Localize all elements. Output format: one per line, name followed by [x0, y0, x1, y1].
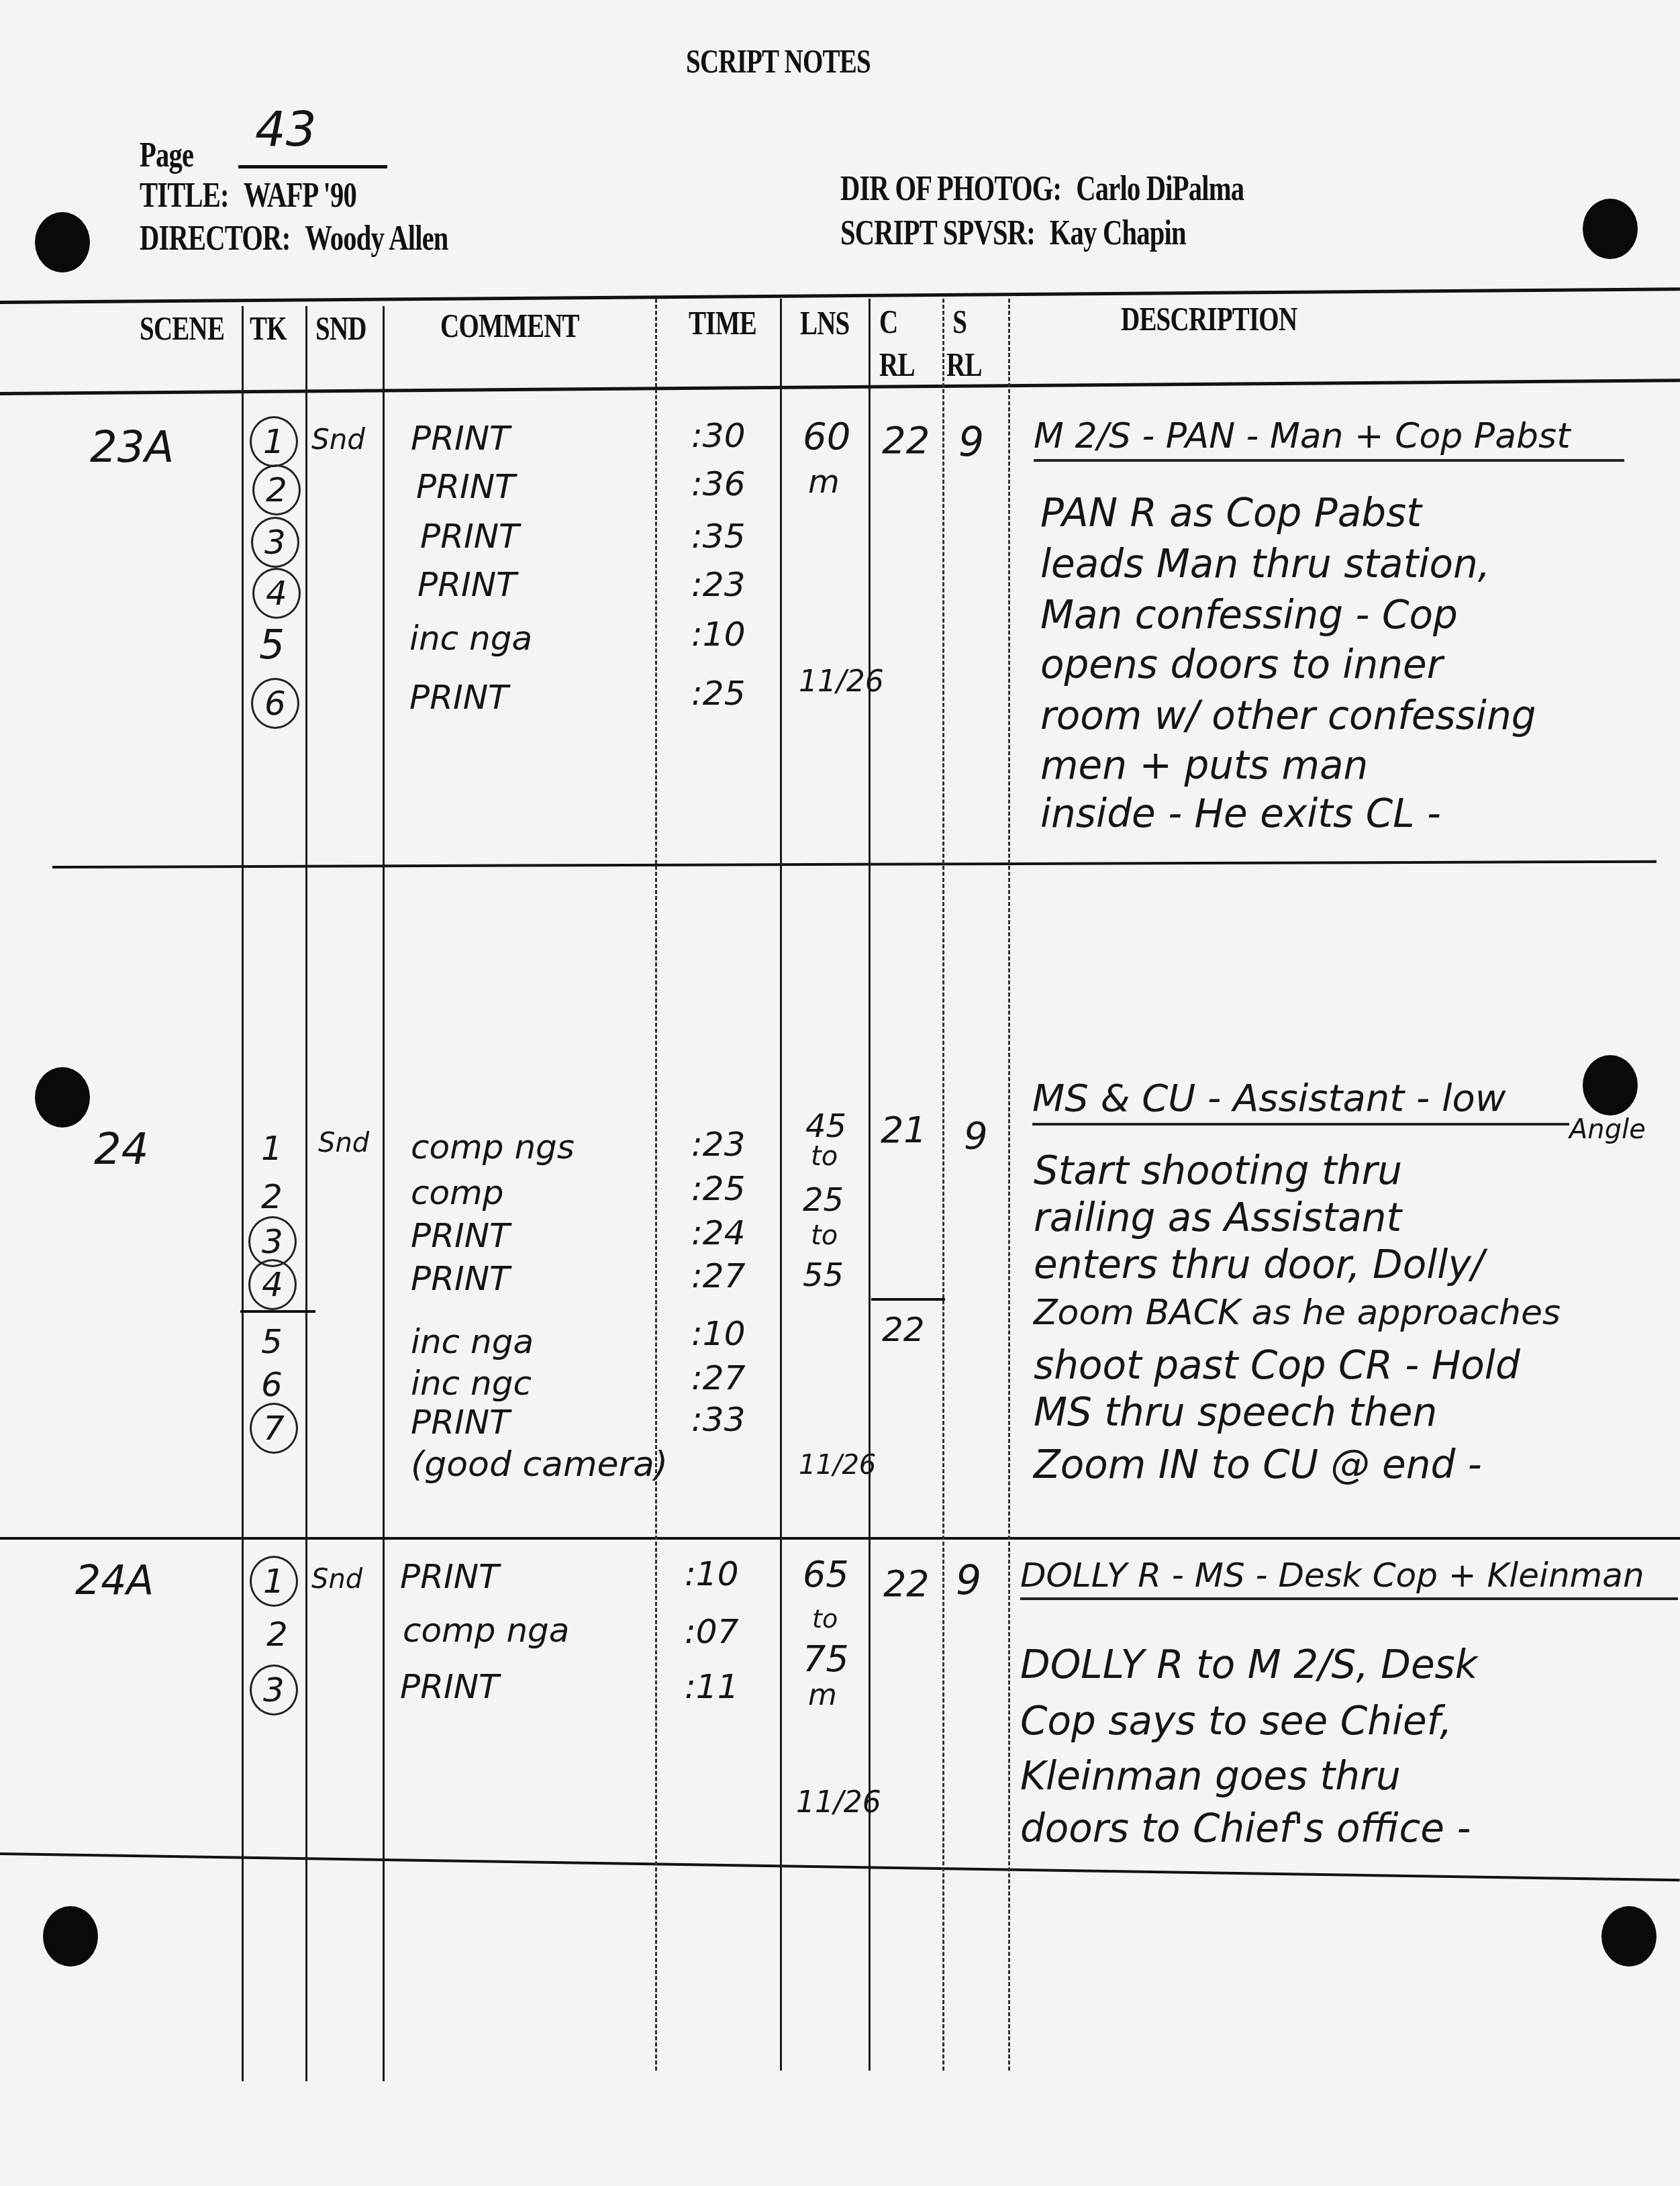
- take-number: 1: [250, 1125, 294, 1172]
- snd-value: Snd: [311, 423, 365, 456]
- take-comment: PRINT: [416, 467, 515, 506]
- take-comment: PRINT: [420, 517, 520, 556]
- take-comment: comp ngs: [411, 1128, 575, 1166]
- description-line: room w/ other confessing: [1040, 693, 1536, 738]
- take-comment: PRINT: [411, 1259, 510, 1298]
- description-line: DOLLY R to M 2/S, Desk: [1020, 1642, 1477, 1687]
- column-header-c-rl: C RL: [879, 302, 915, 384]
- lns-value: 55: [803, 1256, 844, 1294]
- take-time: :23: [691, 1125, 745, 1164]
- director-value: Woody Allen: [305, 219, 448, 258]
- column-header-c-rl-sub: RL: [879, 345, 915, 384]
- s-rl-value: 9: [964, 1114, 988, 1158]
- lns-value: 45: [805, 1107, 846, 1145]
- take-comment: PRINT: [411, 1216, 510, 1255]
- lns-value: 11/26: [799, 1450, 876, 1481]
- header-bottom-rule: [0, 379, 1680, 395]
- lns-value: to: [811, 1220, 838, 1251]
- description-line: doors to Chief's office -: [1020, 1805, 1471, 1851]
- take-number: 2: [252, 464, 301, 515]
- supervisor-field: SCRIPT SPVSR: Kay Chapin: [840, 213, 1186, 253]
- director-label: DIRECTOR:: [140, 219, 290, 258]
- take-comment: PRINT: [411, 1403, 510, 1442]
- dop-label: DIR OF PHOTOG:: [840, 170, 1061, 208]
- lns-value: to: [812, 1604, 838, 1634]
- punch-hole-bottom-right: [1601, 1906, 1657, 1967]
- take-time: :10: [691, 1314, 745, 1353]
- dop-field: DIR OF PHOTOG: Carlo DiPalma: [840, 169, 1244, 209]
- description-line: railing as Assistant: [1034, 1195, 1401, 1240]
- description-heading-overflow: Angle: [1569, 1114, 1646, 1145]
- take-number: 5: [250, 622, 294, 668]
- take-time: :35: [691, 517, 745, 556]
- take-number: 7: [250, 1403, 298, 1454]
- take-time: :07: [685, 1612, 738, 1651]
- take-time: :33: [691, 1400, 745, 1439]
- description-line: inside - He exits CL -: [1040, 791, 1441, 836]
- c-rl-value: 21: [881, 1109, 927, 1151]
- punch-hole-top-left: [35, 212, 90, 272]
- scene-24-bottom-rule: [0, 1537, 1680, 1540]
- form-title: SCRIPT NOTES: [686, 42, 871, 81]
- lns-value: m: [808, 1678, 837, 1712]
- take-number: 2: [250, 1173, 294, 1220]
- title-label: TITLE:: [140, 177, 229, 215]
- take-number: 6: [250, 1361, 294, 1408]
- lns-value: 65: [803, 1553, 849, 1595]
- punch-hole-mid-right: [1583, 1055, 1638, 1115]
- column-header-s-rl: S RL: [946, 302, 982, 384]
- takes-divider-mark: [240, 1310, 315, 1313]
- page-number-underline: [238, 165, 387, 168]
- scene-24a-bottom-rule: [0, 1852, 1680, 1881]
- lns-value: 60: [803, 415, 850, 458]
- supervisor-value: Kay Chapin: [1050, 214, 1186, 252]
- take-time: :36: [691, 464, 745, 503]
- lns-value: 11/26: [796, 1785, 881, 1820]
- take-comment: inc nga: [409, 619, 532, 658]
- lns-value: 25: [803, 1181, 844, 1219]
- take-number: 1: [250, 1556, 298, 1607]
- column-header-tk: TK: [250, 309, 287, 348]
- s-rl-value: 9: [958, 419, 984, 466]
- description-line: men + puts man: [1040, 742, 1368, 788]
- description-line: Zoom BACK as he approaches: [1034, 1293, 1561, 1333]
- c-rl-value: 22: [883, 1562, 930, 1605]
- scene-number: 24: [94, 1125, 148, 1175]
- column-header-s-rl-sub: RL: [946, 345, 982, 384]
- column-header-description: DESCRIPTION: [1121, 299, 1297, 338]
- take-number: 3: [251, 517, 299, 568]
- page-number: 43: [255, 101, 317, 157]
- lns-value: 11/26: [799, 664, 884, 699]
- take-comment: PRINT: [400, 1557, 499, 1596]
- description-line: Kleinman goes thru: [1020, 1753, 1401, 1799]
- column-header-comment: COMMENT: [440, 306, 579, 345]
- take-time: :25: [691, 1169, 745, 1208]
- scene-23a-bottom-rule: [52, 860, 1657, 868]
- take-time: :23: [691, 565, 745, 604]
- description-heading: MS & CU - Assistant - low: [1032, 1077, 1569, 1126]
- take-number: 1: [250, 416, 298, 467]
- lns-value: m: [808, 463, 840, 501]
- description-line: leads Man thru station,: [1040, 541, 1490, 587]
- column-header-scene: SCENE: [140, 309, 224, 348]
- description-heading: DOLLY R - MS - Desk Cop + Kleinman: [1020, 1556, 1678, 1600]
- s-rl-value: 9: [956, 1557, 981, 1604]
- scene-number: 23A: [90, 423, 174, 473]
- take-number: 4: [252, 568, 301, 619]
- column-header-c: C: [879, 302, 915, 341]
- take-comment: PRINT: [417, 565, 517, 604]
- take-comment: PRINT: [411, 419, 510, 458]
- director-field: DIRECTOR: Woody Allen: [140, 219, 448, 258]
- col-divider-scene-tk: [242, 306, 244, 2081]
- take-number: 4: [248, 1259, 297, 1310]
- take-time: :25: [691, 674, 745, 713]
- description-line: MS thru speech then: [1034, 1389, 1437, 1435]
- col-divider-time-lns: [780, 299, 782, 2071]
- description-line: Cop says to see Chief,: [1020, 1698, 1452, 1744]
- title-value: WAFP '90: [244, 177, 356, 215]
- col-divider-tk-snd: [305, 306, 307, 2081]
- punch-hole-bottom-left: [43, 1906, 98, 1967]
- column-header-lns: LNS: [800, 303, 850, 342]
- col-divider-snd-comment: [383, 306, 385, 2081]
- take-comment: comp: [411, 1173, 504, 1212]
- description-line: opens doors to inner: [1040, 642, 1443, 687]
- take-time: :30: [691, 416, 745, 455]
- snd-value: Snd: [318, 1128, 369, 1158]
- comment-note: (good camera): [411, 1444, 668, 1485]
- lns-value: to: [811, 1141, 838, 1172]
- take-number: 2: [255, 1611, 299, 1658]
- take-time: :10: [685, 1554, 738, 1593]
- take-comment: PRINT: [409, 678, 509, 717]
- column-header-snd: SND: [315, 309, 366, 348]
- col-divider-srl-desc: [1008, 299, 1010, 2071]
- take-time: :27: [691, 1358, 745, 1397]
- description-line: Start shooting thru: [1034, 1148, 1402, 1193]
- take-number: 5: [250, 1318, 294, 1365]
- c-rl-divider-mark: [871, 1298, 945, 1301]
- description-line: Zoom IN to CU @ end -: [1034, 1442, 1482, 1487]
- column-header-s: S: [946, 302, 982, 341]
- lns-value: 75: [803, 1638, 849, 1680]
- header-top-rule: [0, 287, 1680, 304]
- col-divider-comment-time: [655, 299, 657, 2071]
- take-comment: inc nga: [411, 1322, 534, 1361]
- page-label: Page: [140, 136, 193, 175]
- punch-hole-top-right: [1583, 199, 1638, 259]
- c-rl-value: 22: [882, 419, 930, 462]
- take-comment: comp nga: [403, 1611, 570, 1650]
- take-time: :24: [691, 1213, 745, 1252]
- description-line: enters thru door, Dolly/: [1034, 1242, 1484, 1287]
- snd-value: Snd: [311, 1564, 362, 1595]
- description-line: PAN R as Cop Pabst: [1040, 490, 1422, 536]
- take-time: :27: [691, 1256, 745, 1295]
- description-heading: M 2/S - PAN - Man + Cop Pabst: [1034, 416, 1624, 462]
- column-header-time: TIME: [689, 303, 756, 342]
- take-time: :10: [691, 615, 745, 654]
- description-line: shoot past Cop CR - Hold: [1034, 1342, 1520, 1388]
- scene-number: 24A: [75, 1557, 154, 1604]
- take-comment: inc ngc: [411, 1364, 532, 1403]
- title-field: TITLE: WAFP '90: [140, 176, 356, 215]
- take-number: 6: [251, 678, 299, 729]
- c-rl-value-second: 22: [882, 1310, 925, 1349]
- dop-value: Carlo DiPalma: [1076, 170, 1244, 208]
- take-time: :11: [685, 1667, 738, 1706]
- take-number: 3: [250, 1665, 298, 1716]
- col-divider-crl-srl: [942, 299, 944, 2071]
- punch-hole-mid-left: [35, 1067, 90, 1128]
- description-line: Man confessing - Cop: [1040, 592, 1458, 638]
- supervisor-label: SCRIPT SPVSR:: [840, 214, 1035, 252]
- take-comment: PRINT: [400, 1667, 499, 1706]
